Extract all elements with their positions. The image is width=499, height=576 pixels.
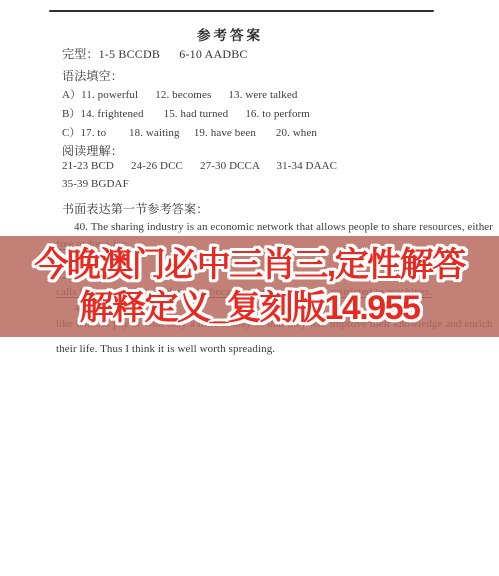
top-border-rule <box>49 10 434 12</box>
spam-watermark-text-line2: 解释定义_复刻版14.955 <box>80 287 420 330</box>
page-title: 参考答案 <box>0 24 460 44</box>
q43-sentence-part3: their life. Thus I think it is well wort… <box>56 342 275 356</box>
reading-answers-1: 21-23 BCD 24-26 DCC 27-30 DCCA 31-34 DAA… <box>62 159 337 173</box>
grammar-answers-b: B）14. frightened 15. had turned 16. to p… <box>62 107 310 121</box>
answer-sheet-page: 参考答案 完型：1-5 BCCDB 6-10 AADBC 语法填空： A）11.… <box>0 0 499 576</box>
spam-watermark-text-line1: 今晚澳门必中三肖三,定性解答 <box>34 244 464 287</box>
reading-answers-2: 35-39 BGDAF <box>62 177 129 191</box>
grammar-section-header: 语法填空： <box>62 69 123 83</box>
q40-sentence-part1: 40. The sharing industry is an economic … <box>74 220 493 234</box>
cloze-answers-line: 完型：1-5 BCCDB 6-10 AADBC <box>62 47 248 61</box>
writing-section-header: 书面表达第一节参考答案： <box>62 202 208 216</box>
spam-watermark-banner: 今晚澳门必中三肖三,定性解答 解释定义_复刻版14.955 <box>0 236 499 337</box>
reading-section-header: 阅读理解： <box>62 144 123 158</box>
grammar-answers-a: A）11. powerful 12. becomes 13. were talk… <box>62 88 297 102</box>
grammar-answers-c: C）17. to 18. waiting 19. have been 20. w… <box>62 126 317 140</box>
